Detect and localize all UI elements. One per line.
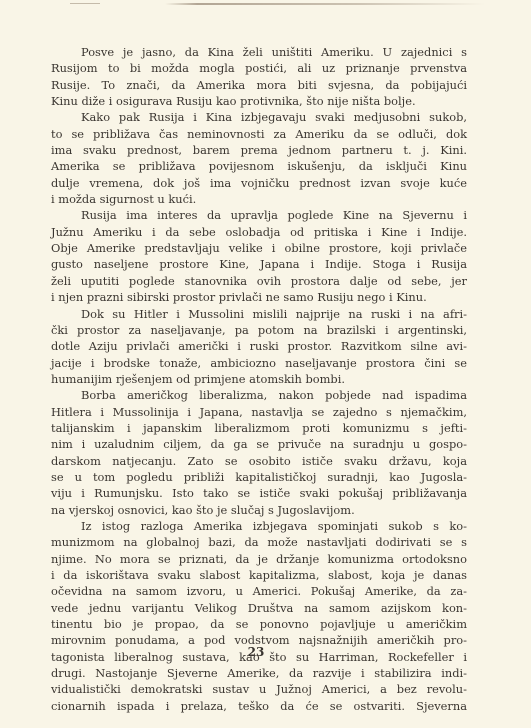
scan-edge-mark [70, 3, 100, 4]
text-line: darskom natjecanju. Zato se osobito isti… [51, 453, 467, 469]
text-line: dulje vremena, dok još ima vojničku pred… [51, 175, 467, 191]
text-line: Hitlera i Mussolinija i Japana, nastavlj… [51, 404, 467, 420]
text-line: želi uputiti poglede stanovnika ovih pro… [51, 273, 467, 289]
body-text: Posve je jasno, da Kina želi uništiti Am… [51, 44, 467, 714]
text-line: Borba američkog liberalizma, nakon pobje… [51, 387, 467, 403]
text-line: talijanskim i japanskim liberalizmom pro… [51, 420, 467, 436]
text-line: cionarnih ispada i prelaza, teško da će … [51, 698, 467, 714]
text-line: i možda sigurnost u kući. [51, 191, 467, 207]
page-number: 23 [241, 645, 271, 659]
text-line: Posve je jasno, da Kina želi uništiti Am… [51, 44, 467, 60]
text-line: čki prostor za naseljavanje, pa potom na… [51, 322, 467, 338]
text-line: drugi. Nastojanje Sjeverne Amerike, da r… [51, 665, 467, 681]
text-line: to se približava čas neminovnosti za Ame… [51, 126, 467, 142]
text-line: viju i Rumunjsku. Isto tako se ističe sv… [51, 485, 467, 501]
text-line: njime. No mora se priznati, da je držanj… [51, 551, 467, 567]
text-line: dotle Aziju privlači američki i ruski pr… [51, 338, 467, 354]
text-line: Rusije. To znači, da Amerika mora biti s… [51, 77, 467, 93]
text-line: tinentu bio je propao, da se ponovno poj… [51, 616, 467, 632]
text-line: ima svaku prednost, barem prema jednom p… [51, 142, 467, 158]
text-line: Južnu Ameriku i da sebe oslobadja od pri… [51, 224, 467, 240]
text-line: vidualistički demokratski sustav u Južno… [51, 681, 467, 697]
text-line: gusto naseljene prostore Kine, Japana i … [51, 256, 467, 272]
text-line: očevidna na samom izvoru, u Americi. Pok… [51, 583, 467, 599]
text-line: i da iskorištava svaku slabost kapitaliz… [51, 567, 467, 583]
text-line: Amerika se približava povijesnom iskušen… [51, 158, 467, 174]
text-line: vede jednu varijantu Velikog Društva na … [51, 600, 467, 616]
text-line: nim i uzaludnim ciljem, da ga se privuče… [51, 436, 467, 452]
text-line: Dok su Hitler i Mussolini mislili najpri… [51, 306, 467, 322]
text-line: Obje Amerike predstavljaju velike i obil… [51, 240, 467, 256]
text-line: se u tom pogledu približi kapitalističko… [51, 469, 467, 485]
text-line: Kako pak Rusija i Kina izbjegavaju svaki… [51, 109, 467, 125]
text-line: jacije i brodske tonaže, ambiciozno nase… [51, 355, 467, 371]
text-line: na vjerskoj osnovici, kao što je slučaj … [51, 502, 467, 518]
text-line: Rusijom to bi možda mogla postići, ali u… [51, 60, 467, 76]
scan-edge-mark [165, 3, 485, 5]
text-line: munizmom na globalnoj bazi, da može nast… [51, 534, 467, 550]
text-line: Rusija ima interes da upravlja poglede K… [51, 207, 467, 223]
text-line: humanijim rješenjem od primjene atomskih… [51, 371, 467, 387]
book-page: Posve je jasno, da Kina želi uništiti Am… [0, 0, 531, 728]
text-line: i njen prazni sibirski prostor privlači … [51, 289, 467, 305]
text-line: Kinu diže i osigurava Rusiju kao protivn… [51, 93, 467, 109]
text-line: Iz istog razloga Amerika izbjegava spomi… [51, 518, 467, 534]
